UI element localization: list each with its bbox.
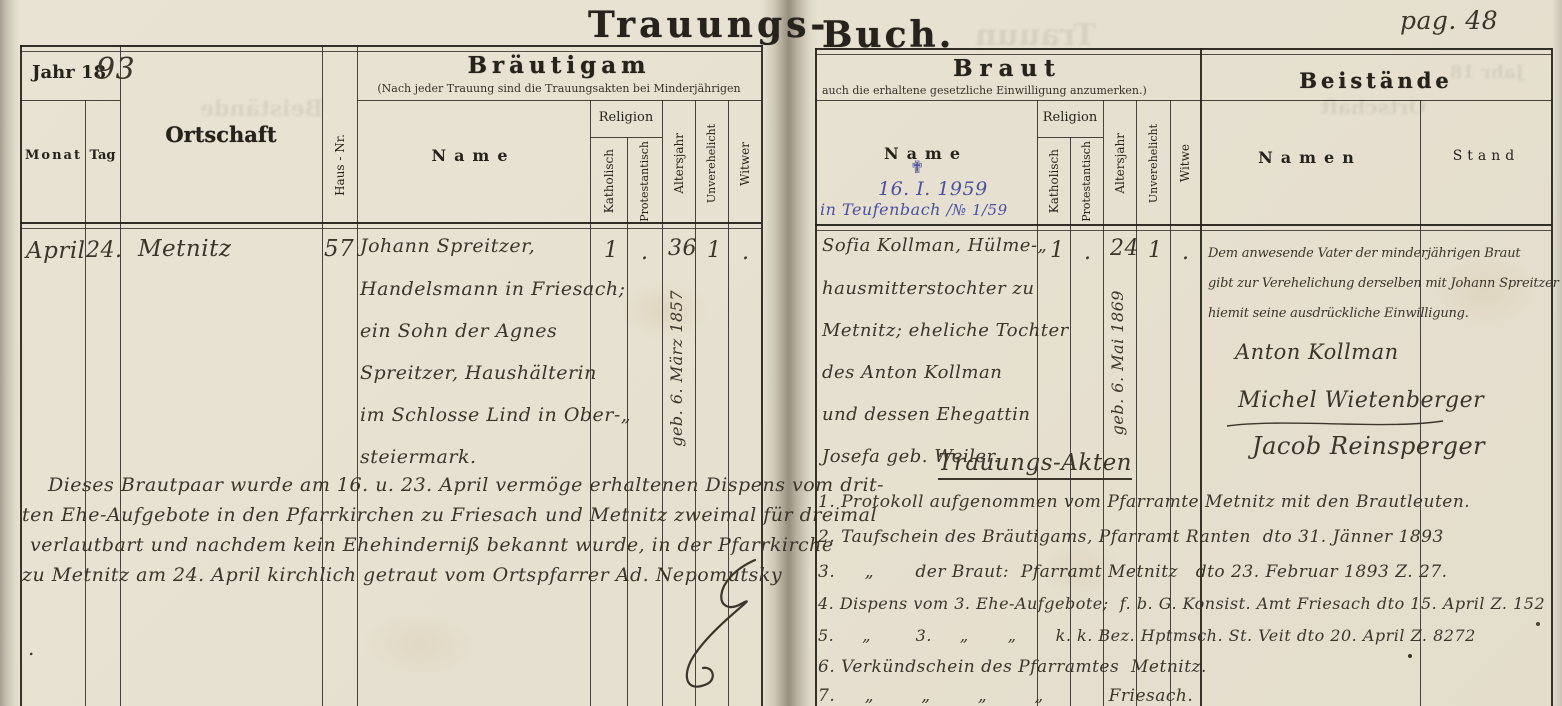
- column-header-protestantisch: Protestantisch: [627, 140, 662, 222]
- book-title-left: Trauungs-: [588, 4, 829, 46]
- column-header-religion: Religion: [1037, 110, 1103, 125]
- witness-signature: Jacob Reinsperger: [1252, 432, 1485, 460]
- akten-item: 5. „ 3. „ „ k. k. Bez. Hptmsch. St. Veit…: [818, 626, 1476, 645]
- column-header-ortschaft: Ortschaft: [120, 122, 322, 147]
- column-header-witwer: Witwer: [728, 105, 761, 222]
- entry-month: April: [26, 238, 86, 264]
- groom-birthdate-note: geb. 6. März 1857: [660, 268, 693, 468]
- akten-item: 4. Dispens vom 3. Ehe-Aufgebote; f. b. G…: [818, 594, 1545, 613]
- witness-signature: Michel Wietenberger: [1238, 388, 1484, 413]
- column-header-namen: Namen: [1200, 148, 1420, 167]
- column-header-tag: Tag: [85, 148, 120, 163]
- death-place: in Teufenbach /: [820, 200, 952, 219]
- column-header-haus-nr: Haus - Nr.: [322, 110, 357, 220]
- consent-line: hiemit seine ausdrückliche Einwilligung.: [1208, 306, 1469, 321]
- column-line: [1070, 137, 1071, 706]
- column-header-monat: Monat: [22, 148, 85, 163]
- bride-name-line: des Anton Kollman: [822, 362, 1002, 383]
- akten-item: 2. Taufschein des Bräutigams, Pfarramt R…: [818, 527, 1444, 547]
- column-header-unverehelicht: Unverehelicht: [695, 105, 728, 222]
- akten-item: 6. Verkündschein des Pfarramtes Metnitz.: [818, 657, 1207, 677]
- column-line: [357, 45, 358, 706]
- groom-protestant-mark: .: [641, 240, 649, 265]
- marriage-register-scan: Trauun Beistände Ortschaft Jahr 18 Trauu…: [0, 0, 1562, 706]
- death-cross-mark: ✟: [910, 158, 925, 178]
- akten-item: 1. Protokoll aufgenommen vom Pfarramte M…: [818, 492, 1470, 512]
- header-bottom-rule: [20, 222, 761, 229]
- column-header-protestantisch: Protestantisch: [1070, 140, 1103, 222]
- book-left-edge: [0, 0, 20, 706]
- groom-catholic-mark: 1: [604, 238, 619, 263]
- marriage-documents-heading: Trauungs-Akten: [938, 450, 1132, 480]
- header-bottom-rule: [815, 224, 1552, 231]
- groom-age: 36: [668, 236, 697, 261]
- bride-section-subheader: auch die erhaltene gesetzliche Einwillig…: [822, 84, 1147, 97]
- column-header-stand: Stand: [1420, 148, 1552, 164]
- bride-catholic-mark: 1: [1050, 238, 1065, 263]
- table-border: [1551, 48, 1553, 706]
- witnesses-section-header: Beistände: [1200, 68, 1552, 93]
- column-header-witwe: Witwe: [1170, 105, 1200, 222]
- header-line: [1037, 137, 1103, 138]
- column-header-altersjahr: Altersjahr: [662, 105, 695, 222]
- ink-speck: [1536, 622, 1540, 626]
- akten-item: 3. „ der Braut: Pfarramt Metnitz dto 23.…: [818, 562, 1448, 582]
- column-header-unverehelicht: Unverehelicht: [1136, 105, 1170, 222]
- page-number: pag. 48: [1400, 6, 1498, 35]
- bride-unmarried-mark: 1: [1148, 238, 1163, 263]
- death-date: 16. I. 1959: [878, 178, 988, 200]
- table-border: [20, 45, 22, 706]
- bride-birthdate-note: geb. 6. Mai 1869: [1101, 268, 1134, 458]
- bride-name-line: Sofia Kollman, Hülme-„: [822, 235, 1047, 256]
- banns-note-line: Dieses Brautpaar wurde am 16. u. 23. Apr…: [48, 474, 884, 496]
- bride-protestant-mark: .: [1084, 240, 1092, 265]
- column-header-altersjahr: Altersjahr: [1103, 105, 1136, 222]
- column-header-religion: Religion: [590, 110, 662, 125]
- table-border-top: [20, 45, 762, 52]
- year-printed: Jahr 18: [32, 62, 106, 83]
- groom-widower-mark: .: [742, 240, 750, 265]
- header-line: [357, 100, 761, 101]
- signature-underline-flourish: [1225, 416, 1445, 432]
- header-line: [590, 137, 662, 138]
- stray-ink-dot: .: [28, 636, 35, 660]
- banns-note-line: ten Ehe-Aufgebote in den Pfarrkirchen zu…: [22, 504, 877, 526]
- akten-item: 7. „ „ „ „ Friesach.: [818, 686, 1193, 706]
- groom-unmarried-mark: 1: [707, 238, 722, 263]
- bleedthrough-ghost: Ortschaft: [1320, 95, 1426, 119]
- groom-name-line: Johann Spreitzer,: [360, 235, 535, 257]
- groom-name-line: Spreitzer, Haushälterin: [360, 362, 597, 384]
- consent-line: gibt zur Verehelichung derselben mit Joh…: [1208, 276, 1559, 291]
- bride-name-line: Metnitz; eheliche Tochter: [822, 320, 1069, 341]
- bleedthrough-ghost: Beistände: [200, 96, 323, 122]
- column-header-katholisch: Katholisch: [590, 140, 627, 222]
- entry-house-number: 57: [324, 236, 354, 262]
- bride-name-line: und dessen Ehegattin: [822, 404, 1031, 425]
- ink-speck: [1408, 654, 1412, 658]
- column-header-name: Name: [357, 146, 590, 165]
- entry-place: Metnitz: [138, 236, 231, 262]
- groom-section-header: Bräutigam: [357, 52, 761, 79]
- groom-name-line: ein Sohn der Agnes: [360, 320, 557, 342]
- column-line: [85, 100, 86, 706]
- column-header-katholisch: Katholisch: [1037, 140, 1070, 222]
- column-header-name: Name: [815, 144, 1037, 163]
- entry-day: 24.: [86, 238, 123, 263]
- header-line: [1200, 100, 1552, 101]
- bride-age: 24: [1110, 236, 1139, 261]
- bride-widow-mark: .: [1182, 240, 1190, 265]
- year-label: Jahr 18: [32, 62, 106, 83]
- death-record-number: № 1/59: [952, 201, 1008, 219]
- book-right-edge: [1552, 0, 1562, 706]
- bride-section-header: Braut: [815, 55, 1200, 82]
- consent-line: Dem anwesende Vater der minderjährigen B…: [1208, 246, 1520, 261]
- groom-section-subheader: (Nach jeder Trauung sind die Trauungsakt…: [357, 82, 761, 95]
- table-border-top: [815, 48, 1552, 55]
- bride-name-line: hausmitterstochter zu: [822, 278, 1034, 299]
- year-handwritten: 93: [96, 52, 135, 87]
- header-line: [20, 100, 120, 101]
- groom-name-line: im Schlosse Lind in Ober-„: [360, 404, 631, 426]
- groom-name-line: Handelsmann in Friesach;: [360, 278, 626, 300]
- header-line: [815, 100, 1200, 101]
- priest-signature-flourish: [655, 552, 775, 702]
- paper-stain: [360, 610, 480, 680]
- witness-signature: Anton Kollman: [1235, 340, 1399, 364]
- groom-name-line: steiermark.: [360, 446, 477, 468]
